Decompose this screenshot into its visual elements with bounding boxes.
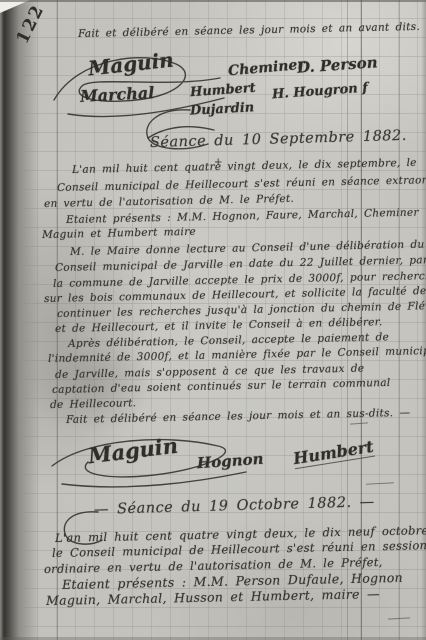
manuscript-line: de Heillecourt. [50, 397, 137, 411]
register-page: 122 Fait et délibéré en séance les jour … [0, 0, 426, 640]
book-gutter-shadow [0, 0, 40, 640]
scan-edge-top [0, 0, 426, 2]
signature-marchal-top: Marchal [80, 83, 155, 106]
